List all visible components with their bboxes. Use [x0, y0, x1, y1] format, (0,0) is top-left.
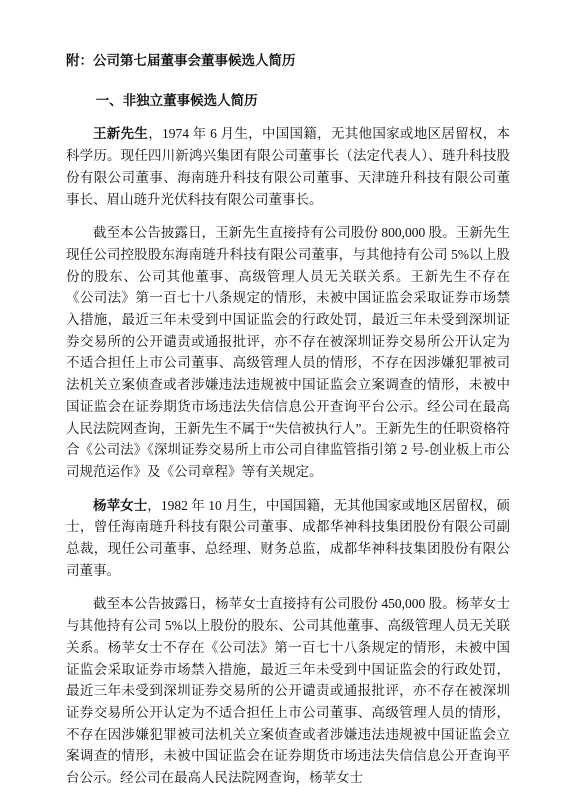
paragraph-candidate-yangping-holdings: 截至本公告披露日，杨苹女士直接持有公司股份 450,000 股。杨苹女士与其他持… [66, 593, 510, 788]
candidate-name: 杨苹女士 [93, 498, 147, 513]
document-page: 附：公司第七届董事会董事候选人简历 一、非独立董事候选人简历 王新先生，1974… [0, 0, 576, 811]
paragraph-candidate-yangping-bio: 杨苹女士，1982 年 10 月生，中国国籍，无其他国家或地区居留权，硕士，曾任… [66, 495, 510, 582]
section-heading: 一、非独立董事候选人简历 [66, 90, 510, 112]
candidate-name: 王新先生 [93, 126, 148, 141]
paragraph-text: 截至本公告披露日，王新先生直接持有公司股份 800,000 股。王新先生现任公司… [66, 225, 510, 479]
doc-title: 附：公司第七届董事会董事候选人简历 [66, 50, 510, 72]
paragraph-text: 截至本公告披露日，杨苹女士直接持有公司股份 450,000 股。杨苹女士与其他持… [66, 596, 510, 785]
paragraph-candidate-wangxin-holdings: 截至本公告披露日，王新先生直接持有公司股份 800,000 股。王新先生现任公司… [66, 222, 510, 482]
paragraph-candidate-wangxin-bio: 王新先生，1974 年 6 月生，中国国籍，无其他国家或地区居留权，本科学历。现… [66, 123, 510, 210]
